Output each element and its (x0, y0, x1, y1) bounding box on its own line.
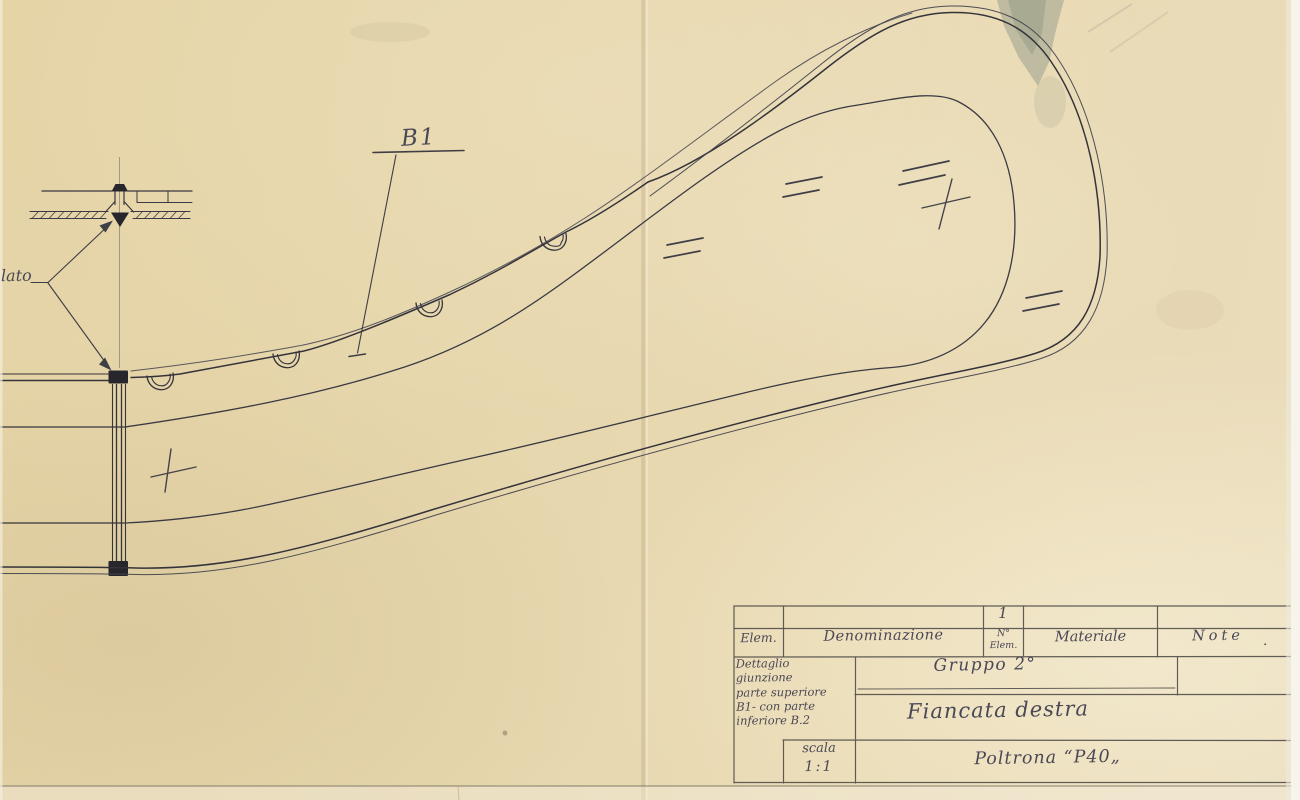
detail-note-line: inferiore B.2 (736, 712, 856, 728)
joint-notch-marks (147, 234, 566, 390)
part-label-b1: B1 (400, 125, 437, 151)
leader-arrows (31, 221, 113, 371)
detail-note-block: Dettaglio giunzione parte superiore B1- … (736, 655, 857, 728)
cross-marks (151, 179, 970, 492)
detail-note-line: parte superiore (736, 684, 856, 700)
tape-stain (350, 0, 1224, 736)
header-n-elem-top: N° (984, 629, 1023, 639)
detail-note-line: B1- con parte (736, 698, 856, 714)
panel-inner-contour (125, 96, 1015, 523)
scala-label: scala (784, 742, 854, 756)
detail-note-line: Dettaglio (736, 655, 856, 671)
joint-detail-section (30, 184, 192, 227)
header-n-elem-bottom: Elem. (984, 641, 1023, 651)
seat-rail-lines (0, 374, 125, 523)
section-hatching (32, 212, 185, 219)
header-note: Note (1158, 628, 1278, 645)
b1-leader (349, 151, 464, 357)
fold-crease-line (642, 0, 647, 800)
sheet-edge (0, 786, 1300, 800)
notched-top-contour (131, 182, 648, 378)
scala-value: 1:1 (784, 760, 854, 776)
header-denominazione: Denominazione (784, 628, 983, 646)
post-lines (113, 384, 126, 562)
detail-note-line: giunzione (736, 670, 856, 686)
scan-edge-strips (0, 0, 1300, 800)
header-note-dot: . (1263, 634, 1268, 649)
equals-marks (664, 161, 1062, 311)
drawing-sheet: B1 lato 1 Elem. Denominazione N° Elem. M… (0, 0, 1300, 800)
count-value: 1 (983, 606, 1023, 622)
header-elem: Elem. (734, 631, 783, 645)
header-materiale: Materiale (1024, 629, 1157, 646)
joint-note-label: lato (1, 268, 32, 285)
drawing-linework (0, 0, 1300, 800)
